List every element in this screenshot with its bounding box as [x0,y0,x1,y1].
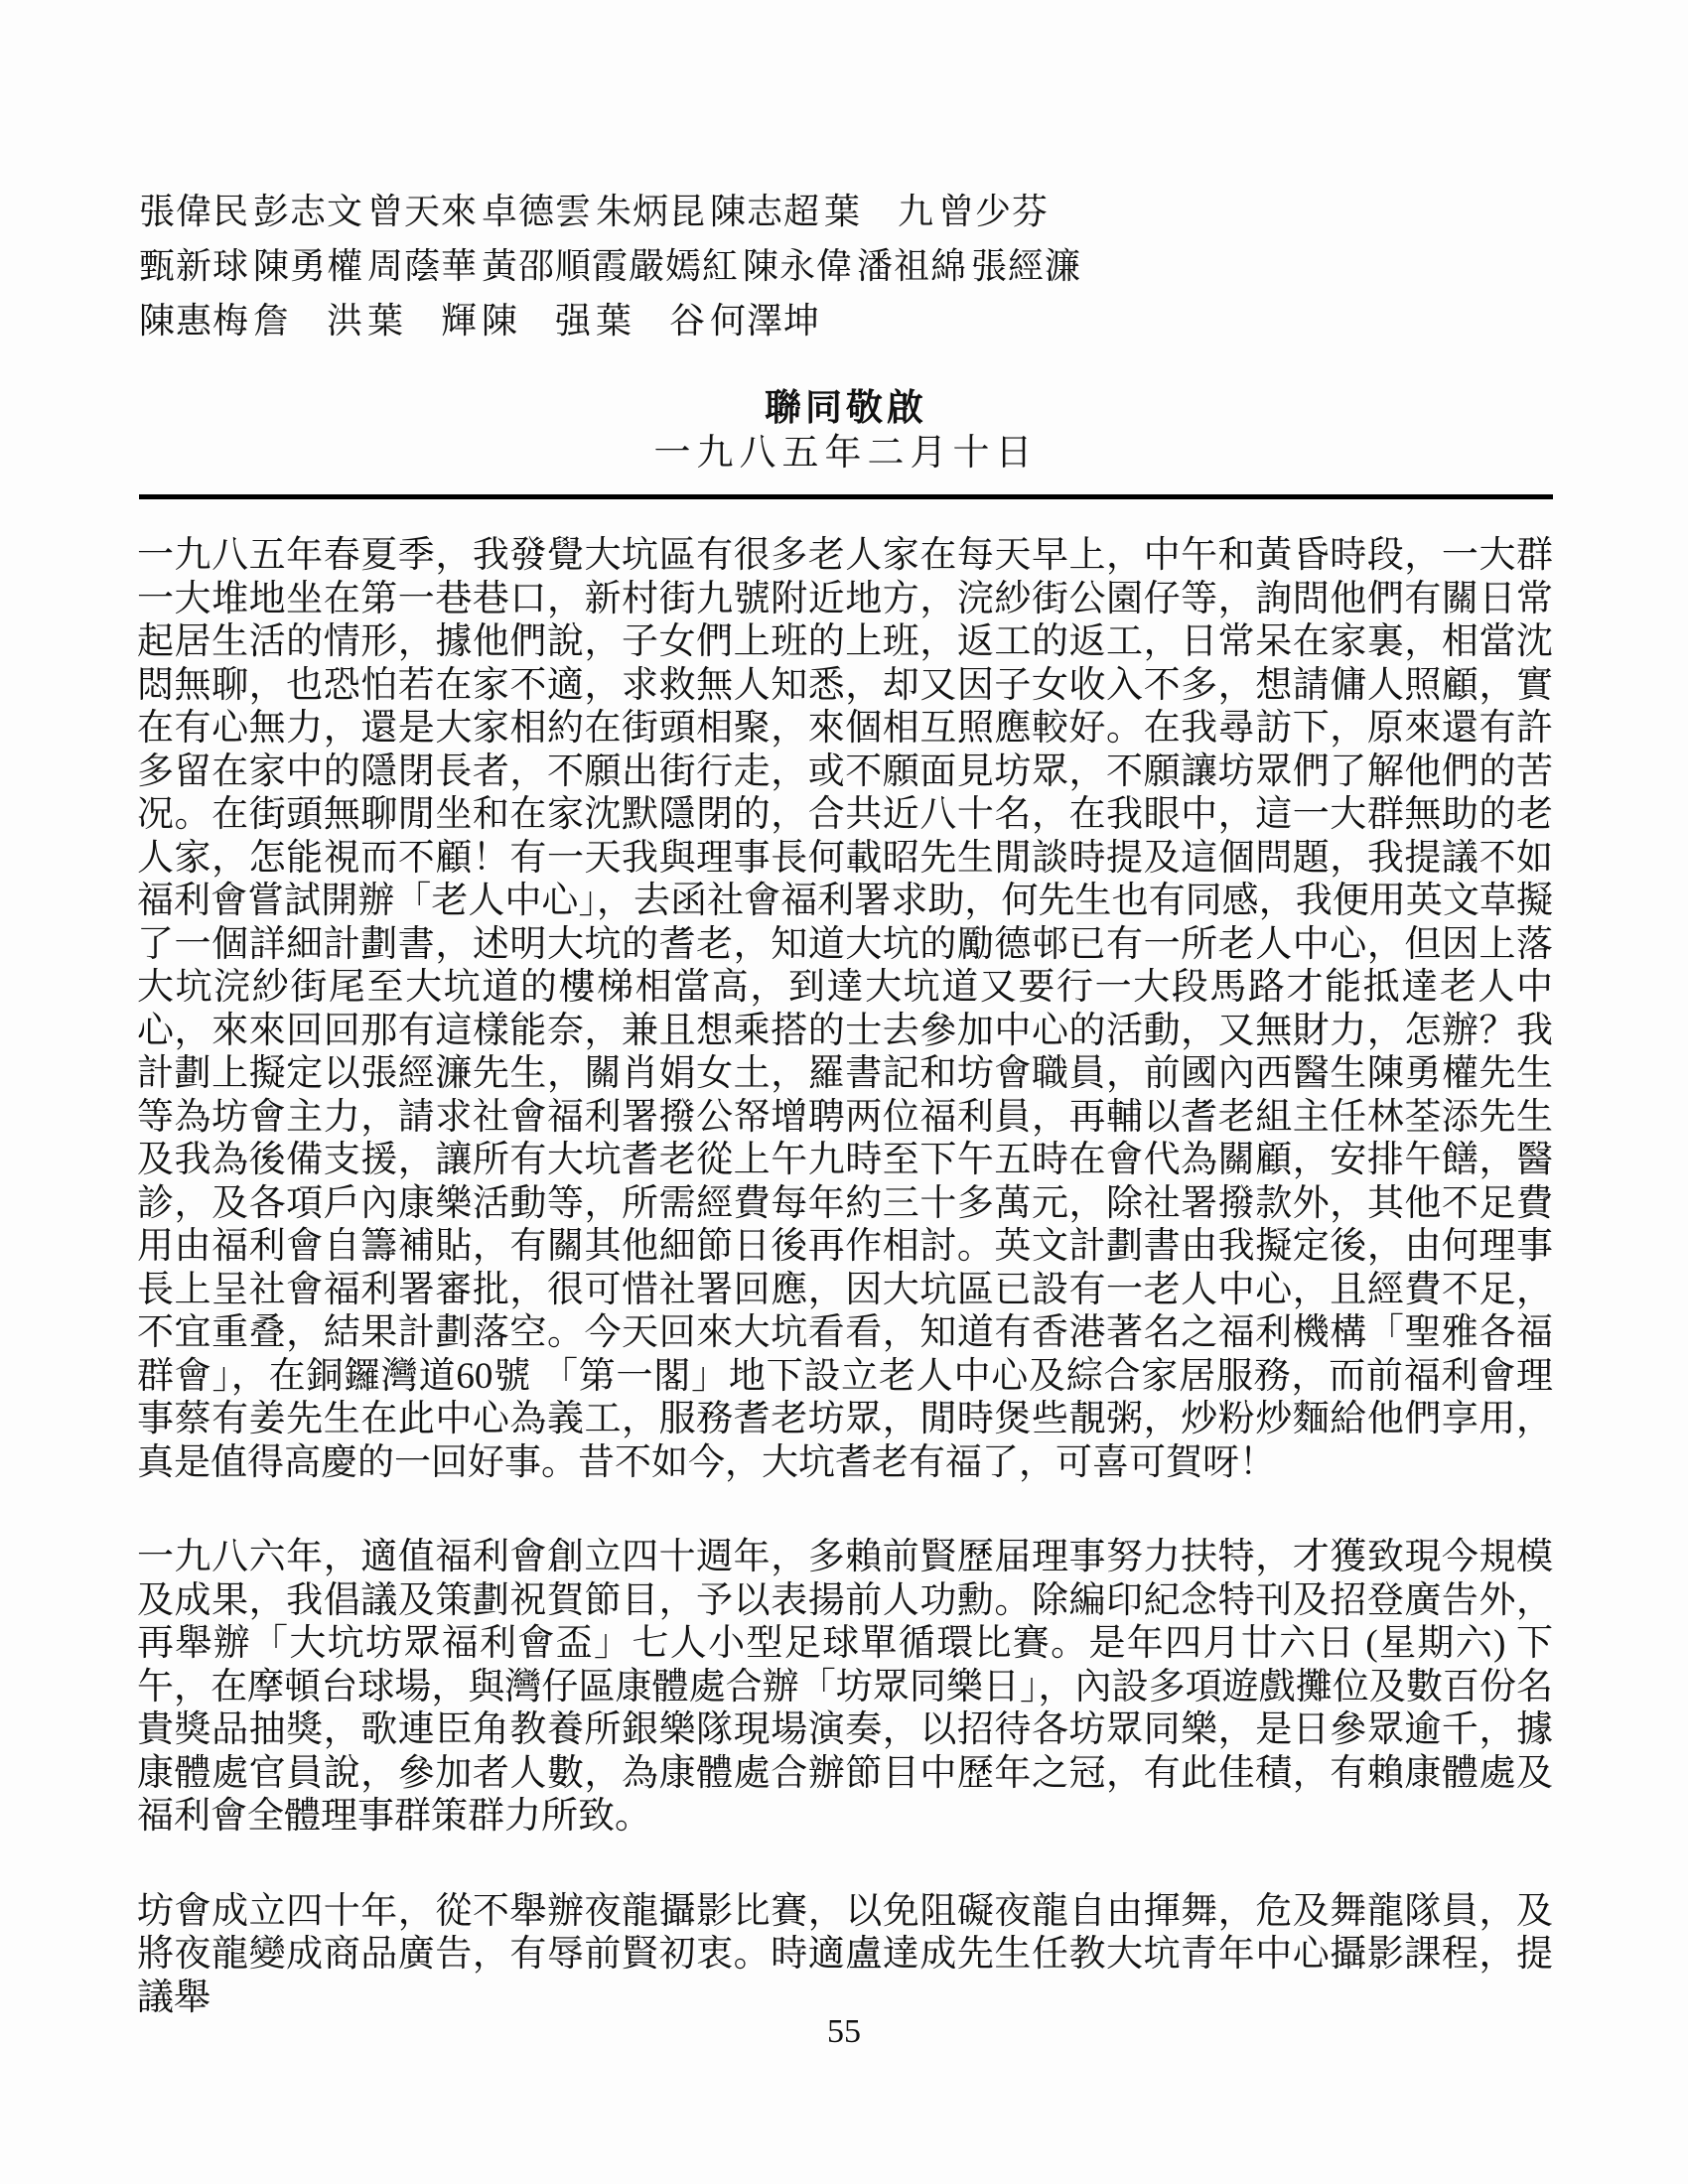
signatory-name: 葉 谷 [596,298,710,343]
signatory-name: 何澤坤 [710,298,824,343]
signatory-name: 陳惠梅 [139,298,253,343]
signatory-name: 陳勇權 [253,243,367,289]
signatory-name: 黃邵順霞 [482,243,629,289]
closing-block: 聯同敬啟 一九八五年二月十日 [139,387,1553,476]
signatory-name: 彭志文 [253,189,367,234]
signatory-name: 曾天來 [367,189,482,234]
document-page: 張偉民 彭志文 曾天來 卓德雲 朱炳昆 陳志超 葉 九 曾少芬 甄新球 陳勇權 … [0,0,1688,2184]
body-text: 一九八五年春夏季，我發覺大坑區有很多老人家在每天早上，中午和黃昏時段，一大群一大… [137,534,1553,2019]
signatory-name: 陳永偉 [743,243,857,289]
signatory-name: 嚴嫣紅 [629,243,743,289]
horizontal-rule [139,494,1553,499]
signatory-name: 朱炳昆 [596,189,710,234]
paragraph-3: 坊會成立四十年，從不舉辦夜龍攝影比賽，以免阻礙夜龍自由揮舞，危及舞龍隊員，及將夜… [137,1890,1553,2020]
signatory-row-2: 甄新球 陳勇權 周蔭華 黃邵順霞 嚴嫣紅 陳永偉 潘祖綿 張經濂 [139,243,1579,298]
signatory-name: 甄新球 [139,243,253,289]
signatory-name: 卓德雲 [482,189,596,234]
page-number: 55 [0,2013,1688,2051]
signatory-row-1: 張偉民 彭志文 曾天來 卓德雲 朱炳昆 陳志超 葉 九 曾少芬 [139,189,1579,243]
signatory-name: 張偉民 [139,189,253,234]
signatory-name: 葉 輝 [367,298,482,343]
signatory-name: 陳志超 [710,189,824,234]
signatory-name: 詹 洪 [253,298,367,343]
signatory-name: 張經濂 [971,243,1085,289]
paragraph-2: 一九八六年，適值福利會創立四十週年，多賴前賢歷届理事努力扶特，才獲致現今規模及成… [137,1536,1553,1839]
signatory-name: 葉 九 [824,189,938,234]
signatory-names: 張偉民 彭志文 曾天來 卓德雲 朱炳昆 陳志超 葉 九 曾少芬 甄新球 陳勇權 … [139,189,1579,352]
closing-heading: 聯同敬啟 [139,387,1553,431]
closing-date: 一九八五年二月十日 [139,432,1553,476]
signatory-name: 陳 强 [482,298,596,343]
signatory-row-3: 陳惠梅 詹 洪 葉 輝 陳 强 葉 谷 何澤坤 [139,298,1579,352]
paragraph-1: 一九八五年春夏季，我發覺大坑區有很多老人家在每天早上，中午和黃昏時段，一大群一大… [137,534,1553,1484]
signatory-name: 周蔭華 [367,243,482,289]
signatory-name: 曾少芬 [938,189,1053,234]
signatory-name: 潘祖綿 [857,243,971,289]
